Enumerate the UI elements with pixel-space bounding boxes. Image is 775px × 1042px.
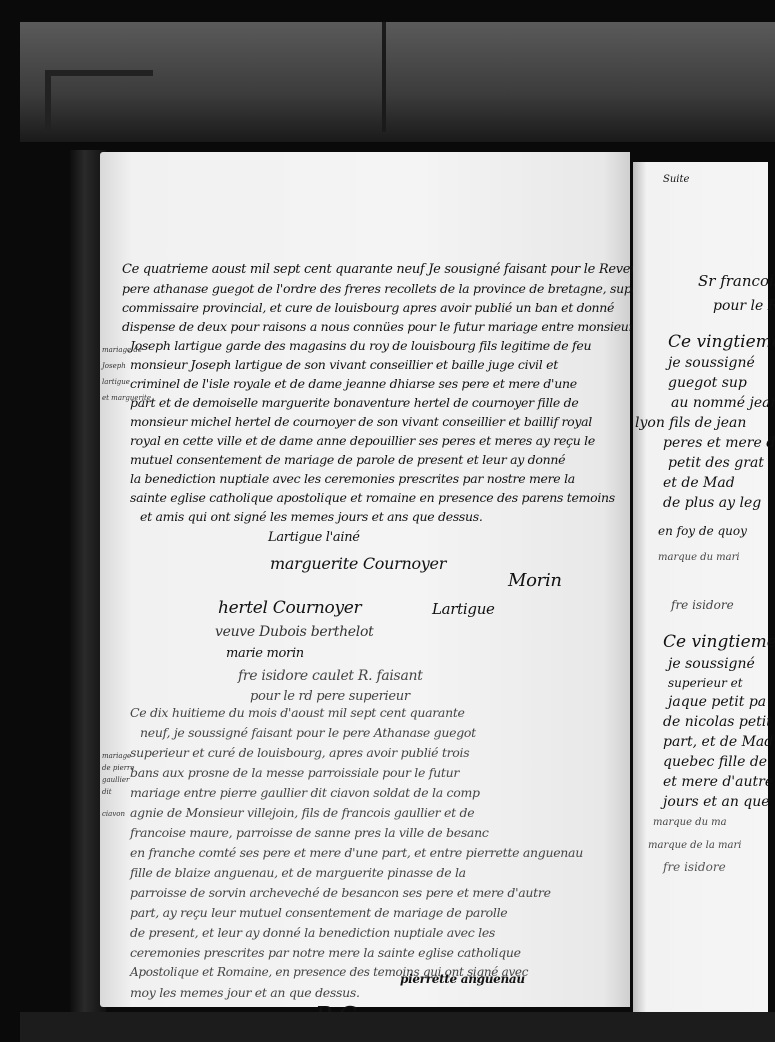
signature: veuve Dubois berthelot	[215, 624, 373, 640]
entry-line: part et de demoiselle marguerite bonaven…	[130, 395, 578, 410]
entry-line: dispense de deux pour raisons a nous con…	[122, 319, 634, 334]
entry-line: moy les memes jour et an que dessus.	[130, 985, 360, 1000]
entry-line: en franche comté ses pere et mere d'une …	[130, 845, 583, 860]
entry-line: bans aux prosne de la messe parroissiale…	[130, 765, 459, 780]
margin-note: gaullier	[102, 776, 129, 784]
entry-line: je soussigné	[668, 656, 755, 672]
entry-line: la benediction nuptiale avec les ceremon…	[130, 471, 575, 486]
entry-line: jours et an que	[663, 794, 770, 810]
entry-line: et amis qui ont signé les memes jours et…	[140, 509, 483, 524]
entry-line: peres et mere d	[663, 435, 775, 451]
entry-line: mutuel consentement de mariage de parole…	[130, 452, 565, 467]
margin-note: dit	[102, 788, 112, 796]
previous-page-gutter	[382, 22, 386, 132]
entry-line: jaque petit pa	[668, 694, 766, 710]
entry-line: Sr francois	[698, 272, 775, 290]
entry-line: quebec fille de	[663, 754, 767, 770]
signature: marie morin	[226, 646, 304, 661]
margin-note: mariage de	[102, 346, 142, 354]
margin-note: Joseph	[102, 362, 126, 370]
entry-line: francoise maure, parroisse de sanne pres…	[130, 825, 489, 840]
signature: marguerite Cournoyer	[270, 554, 446, 573]
entry-line: Ce dix huitieme du mois d'aoust mil sept…	[130, 705, 465, 720]
margin-note: de pierre	[102, 764, 135, 772]
signature: Morin	[508, 570, 562, 591]
entry-line: royal en cette ville et de dame anne dep…	[130, 433, 595, 448]
entry-line: ceremonies prescrites par notre mere la …	[130, 945, 521, 960]
left-page: Ce quatrieme aoust mil sept cent quarant…	[100, 152, 630, 1007]
entry-line: part, et de Mad	[663, 734, 773, 750]
background-previous-page	[20, 22, 775, 142]
entry-line: superieur et curé de louisbourg, apres a…	[130, 745, 469, 760]
entry-line: petit des grat	[668, 455, 764, 471]
entry-line: en foy de quoy	[658, 524, 747, 538]
margin-note: ciavon	[102, 810, 125, 818]
signature: Lartigue l'ainé	[268, 530, 360, 545]
margin-note: mariage	[102, 752, 131, 760]
signature: fre isidore caulet R. faisant	[238, 668, 423, 684]
entry-line: Joseph lartigue garde des magasins du ro…	[130, 338, 591, 353]
entry-line: pere athanase guegot de l'ordre des frer…	[122, 281, 669, 296]
entry-line: et mere d'autre p	[663, 774, 775, 790]
entry-line: neuf, je soussigné faisant pour le pere …	[140, 725, 476, 740]
entry-line: de present, et leur ay donné la benedict…	[130, 925, 495, 940]
mark: marque du mari	[658, 552, 740, 563]
entry-line: Ce vingtieme	[663, 632, 775, 652]
mark: marque de la mari	[648, 840, 741, 851]
signature: Lartigue	[432, 600, 495, 618]
entry-line: de plus ay leg	[663, 495, 761, 511]
signature: pour le rd pere superieur	[250, 689, 410, 704]
margin-note: lartigue	[102, 378, 130, 386]
entry-line: pour le R. p	[713, 298, 775, 314]
entry-line: au nommé jean	[671, 395, 775, 411]
entry-line: sainte eglise catholique apostolique et …	[130, 490, 615, 505]
page-header: Suite	[663, 174, 689, 185]
entry-line: commissaire provincial, et cure de louis…	[122, 300, 614, 315]
right-page: Suite Sr francois pour le R. p Ce vingti…	[633, 162, 768, 1012]
entry-line: de nicolas petit	[663, 714, 772, 730]
entry-line: superieur et	[668, 676, 743, 690]
entry-line: guegot sup	[668, 375, 747, 391]
signature: fre isidore	[663, 860, 726, 874]
frame-mark	[45, 70, 51, 130]
entry-line: lyon fils de jean	[635, 415, 746, 431]
entry-line: agnie de Monsieur villejoin, fils de fra…	[130, 805, 474, 820]
frame-mark	[45, 70, 153, 76]
entry-line: et de Mad	[663, 475, 735, 491]
entry-line: mariage entre pierre gaullier dit ciavon…	[130, 785, 480, 800]
signature: pierrette anguenau	[400, 972, 525, 986]
margin-note: et marguerite	[102, 394, 151, 402]
signature: fre isidore	[671, 598, 734, 612]
entry-line: criminel de l'isle royale et de dame jea…	[130, 376, 577, 391]
entry-line: monsieur Joseph lartigue de son vivant c…	[130, 357, 558, 372]
signature: hertel Cournoyer	[218, 598, 361, 618]
entry-line: fille de blaize anguenau, et de margueri…	[130, 865, 466, 880]
background-bottom-edge	[20, 1012, 775, 1042]
entry-line: je soussigné	[668, 355, 755, 371]
entry-line: part, ay reçu leur mutuel consentement d…	[130, 905, 507, 920]
mark: marque du ma	[653, 817, 727, 828]
entry-line: parroisse de sorvin archeveché de besanc…	[130, 885, 551, 900]
entry-line: Ce vingtieme	[668, 332, 775, 352]
entry-line: monsieur michel hertel de cournoyer de s…	[130, 414, 592, 429]
entry-line: Ce quatrieme aoust mil sept cent quarant…	[122, 262, 660, 277]
